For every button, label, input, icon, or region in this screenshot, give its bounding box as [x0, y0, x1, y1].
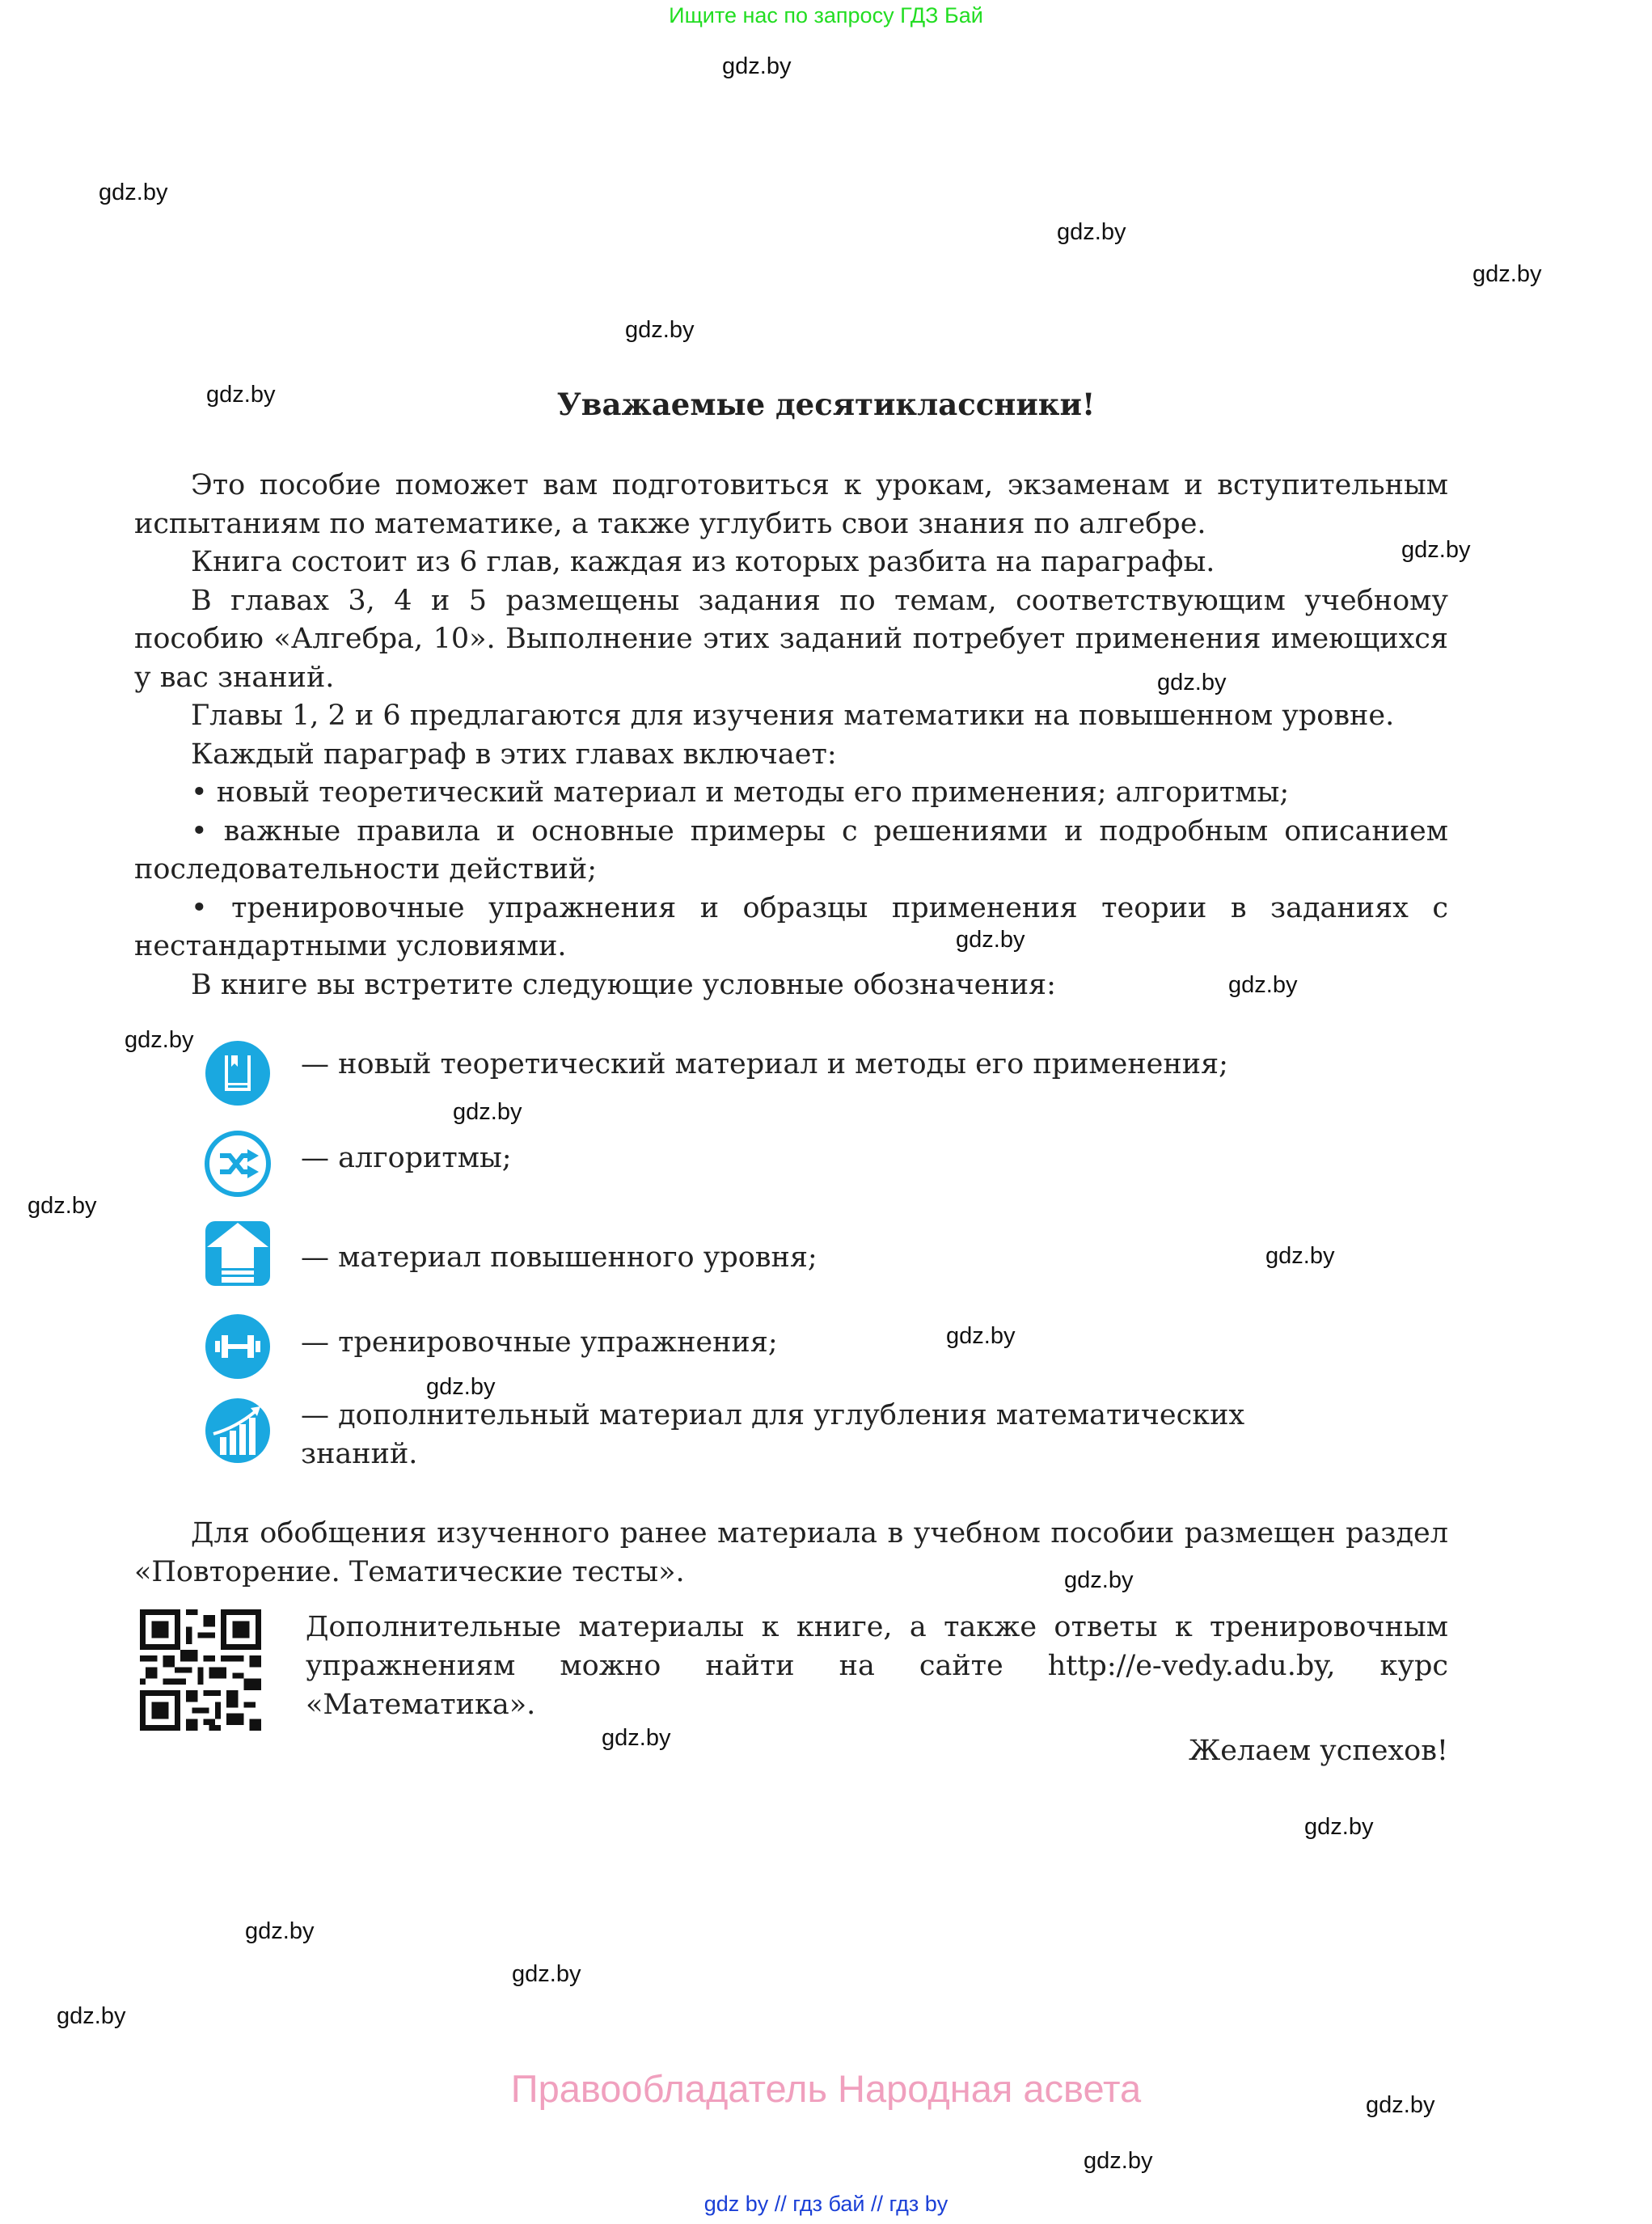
- paragraph: В книге вы встретите следующие условные …: [134, 966, 1448, 1005]
- paragraph: Книга состоит из 6 глав, каждая из котор…: [134, 543, 1448, 582]
- footer-links[interactable]: gdz by // гдз бай // гдз by: [0, 2192, 1652, 2217]
- watermark: gdz.by: [512, 1961, 581, 1988]
- bullet-item: • тренировочные упражнения и образцы при…: [134, 890, 1448, 966]
- closing-text: Желаем успехов!: [1189, 1735, 1448, 1767]
- watermark: gdz.by: [1472, 261, 1541, 288]
- growth-chart-icon: [204, 1397, 272, 1465]
- watermark: gdz.by: [27, 1193, 96, 1220]
- watermark: gdz.by: [722, 53, 791, 80]
- book-icon: [204, 1039, 272, 1107]
- legend-label: — дополнительный материал для углубления…: [301, 1397, 1303, 1474]
- page-title: Уважаемые десятиклассники!: [0, 387, 1652, 422]
- review-text: Для обобщения изученного ранее материала…: [134, 1515, 1448, 1592]
- legend-label: — алгоритмы;: [301, 1130, 1303, 1178]
- paragraph: Каждый параграф в этих главах включает:: [134, 736, 1448, 775]
- watermark: gdz.by: [1057, 219, 1126, 246]
- bullet-item: • важные правила и основные примеры с ре…: [134, 813, 1448, 890]
- watermark: gdz.by: [625, 317, 694, 344]
- extra-materials-text: Дополнительные материалы к книге, а такж…: [306, 1608, 1448, 1724]
- bullet-item: • новый теоретический материал и методы …: [134, 774, 1448, 813]
- legend-item: — тренировочные упражнения;: [204, 1313, 1303, 1380]
- legend-item: — дополнительный материал для углубления…: [204, 1397, 1303, 1474]
- watermark: gdz.by: [1304, 1814, 1373, 1841]
- qr-code[interactable]: [140, 1609, 261, 1731]
- legend-item: — материал повышенного уровня;: [204, 1220, 1303, 1287]
- watermark: gdz.by: [1084, 2148, 1152, 2175]
- rights-holder: Правообладатель Народная асвета: [0, 2066, 1652, 2111]
- watermark: gdz.by: [125, 1027, 193, 1054]
- paragraph: В главах 3, 4 и 5 размещены задания по т…: [134, 582, 1448, 698]
- paragraph: Главы 1, 2 и 6 предлагаются для изучения…: [134, 697, 1448, 736]
- legend-label: — материал повышенного уровня;: [301, 1220, 1303, 1278]
- dumbbell-icon: [204, 1313, 272, 1380]
- shuffle-icon: [204, 1130, 272, 1198]
- legend-label: — тренировочные упражнения;: [301, 1313, 1303, 1363]
- arrow-up-icon: [204, 1220, 272, 1287]
- watermark: gdz.by: [602, 1725, 670, 1752]
- legend-label: — новый теоретический материал и методы …: [301, 1039, 1303, 1085]
- search-hint-banner: Ищите нас по запросу ГДЗ Бай: [0, 3, 1652, 28]
- watermark: gdz.by: [245, 1918, 314, 1945]
- watermark: gdz.by: [99, 180, 167, 206]
- paragraph: Для обобщения изученного ранее материала…: [134, 1515, 1448, 1592]
- intro-text: Это пособие поможет вам подготовиться к …: [134, 467, 1448, 1004]
- paragraph: Это пособие поможет вам подготовиться к …: [134, 467, 1448, 543]
- legend-item: — новый теоретический материал и методы …: [204, 1039, 1303, 1107]
- legend-item: — алгоритмы;: [204, 1130, 1303, 1198]
- watermark: gdz.by: [57, 2003, 125, 2030]
